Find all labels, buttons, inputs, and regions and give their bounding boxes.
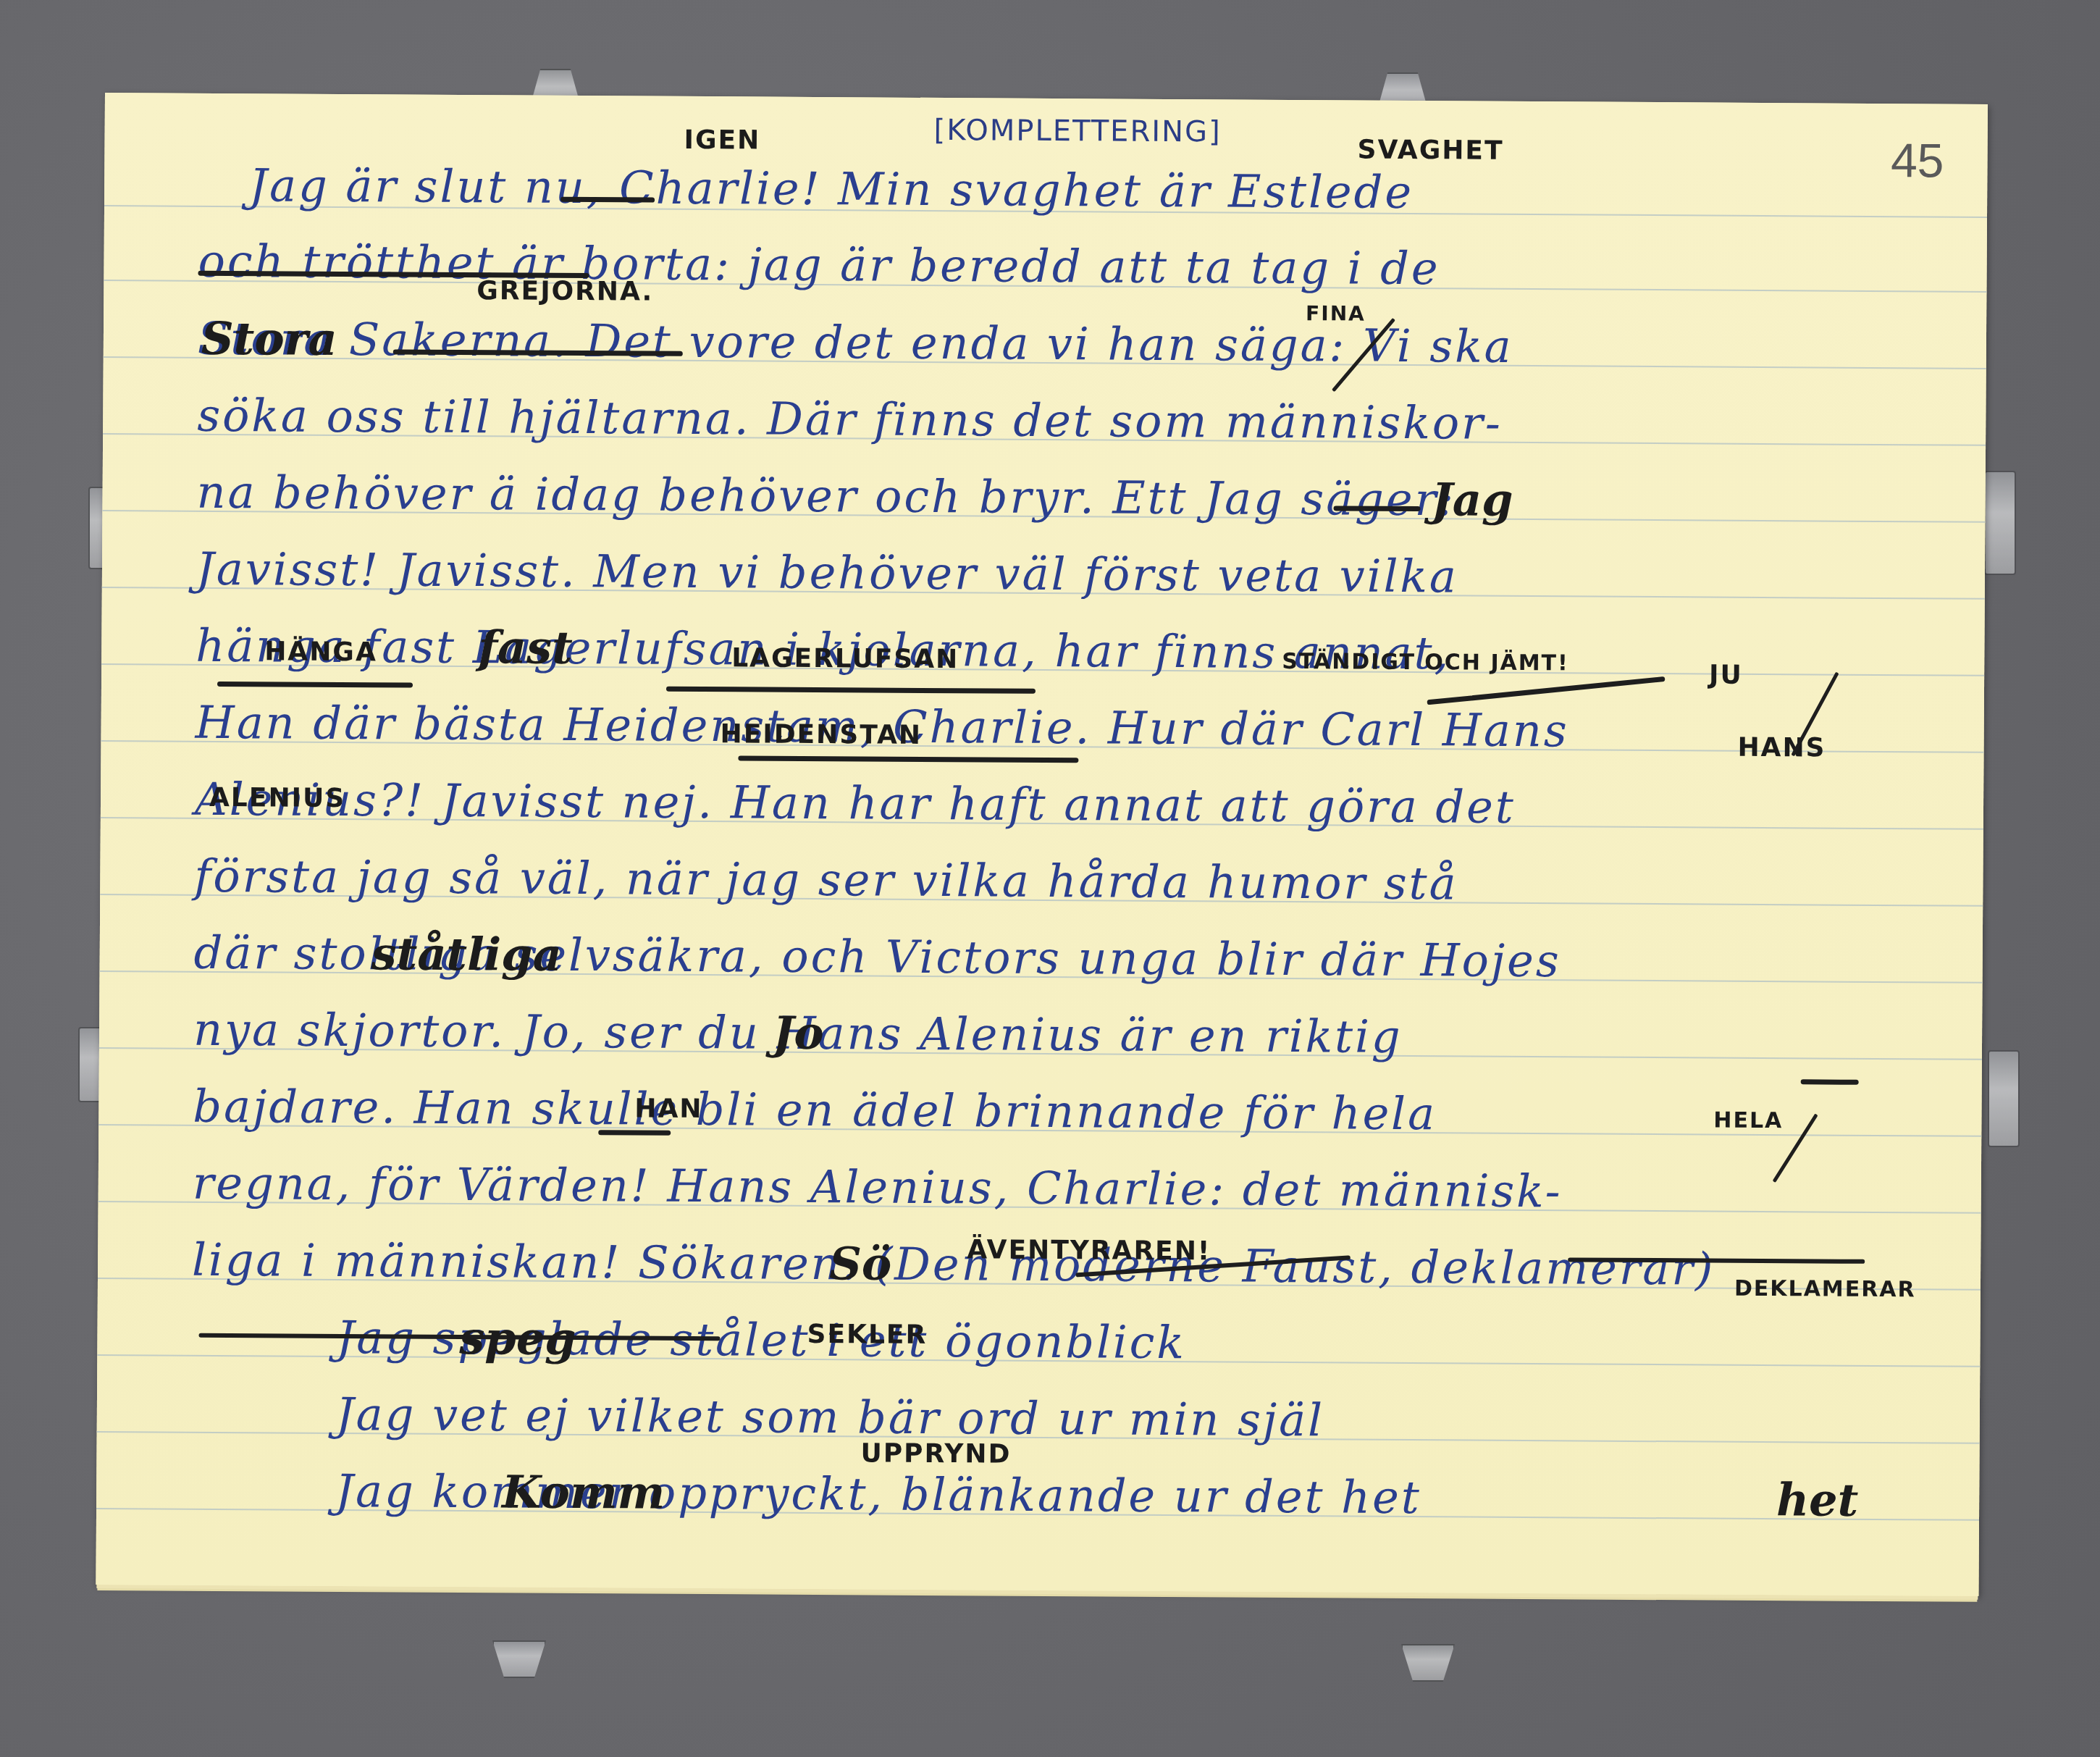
manuscript-page: 45 [KOMPLETTERING] Jag är slut nu, Charl…	[96, 93, 1988, 1596]
insertion-deklamerar: DEKLAMERAR	[1734, 1276, 1916, 1303]
insertion-heidenstan: HEIDENSTAN	[720, 719, 922, 750]
overwrite-fast: fast	[478, 621, 573, 674]
strikethrough	[560, 197, 655, 203]
insertion-igen: IGEN	[684, 125, 760, 156]
manuscript-line-10: första jag så väl, när jag ser vilka hår…	[194, 850, 1458, 910]
overwrite-stora: Stora	[201, 312, 337, 366]
overwrite-jag: Jag	[1431, 473, 1513, 527]
insertion-hans: HANS	[1737, 733, 1826, 763]
overwrite-jo: Jo	[773, 1007, 824, 1060]
strikethrough	[598, 1130, 671, 1136]
manuscript-line-5: na behöver ä idag behöver och bryr. Ett …	[196, 466, 1456, 527]
insertion-alenius: ALENIUS	[209, 783, 345, 813]
overwrite-statliga: ståtliga	[371, 927, 562, 981]
manuscript-line-18: Jag kommer oppryckt, blänkande ur det he…	[335, 1464, 1421, 1524]
strikethrough	[738, 755, 1078, 763]
overwrite-speglade: speg	[459, 1312, 576, 1365]
manuscript-line-13: bajdare. Han skulle bli en ädel brinnand…	[193, 1080, 1437, 1140]
strikethrough	[666, 687, 1036, 694]
binder-clip-bottom-left	[492, 1640, 546, 1678]
insertion-han: HAN	[634, 1094, 702, 1124]
manuscript-line-2: och trötthet är borta: jag är beredd att…	[198, 235, 1440, 295]
insertion-ju: JU	[1709, 661, 1743, 690]
strikethrough	[217, 682, 413, 688]
insertion-svaghet: SVAGHET	[1357, 135, 1503, 166]
binder-clip-right-upper	[1984, 471, 2016, 575]
manuscript-line-6: Javisst! Javisst. Men vi behöver väl för…	[196, 542, 1458, 603]
insertion-hanga: HÄNGA	[264, 637, 377, 667]
manuscript-line-17: Jag vet ej vilket som bär ord ur min sjä…	[336, 1388, 1325, 1446]
manuscript-line-9: Alenius?! Javisst nej. Han har haft anna…	[195, 773, 1516, 834]
insertion-sekler: SEKLER	[807, 1320, 927, 1350]
insertion-hela: HELA	[1713, 1108, 1783, 1134]
manuscript-line-1: Jag är slut nu, Charlie! Min svaghet är …	[249, 159, 1414, 219]
insertion-grejorna: GREJORNA.	[476, 276, 653, 306]
insertion-standigt-och-jamt: STÄNDIGT OCH JÄMT!	[1282, 649, 1569, 676]
manuscript-line-14: regna, för Värden! Hans Alenius, Charlie…	[193, 1157, 1563, 1218]
insertion-aventyraren: ÄVENTYRAREN!	[967, 1235, 1211, 1266]
page-number: 45	[1891, 133, 1944, 188]
strikethrough	[1801, 1079, 1859, 1084]
binder-clip-bottom-right	[1401, 1644, 1455, 1682]
insertion-upprynd: UPPRYND	[860, 1438, 1011, 1469]
insertion-lagerlufsan: LAGERLUFSAN	[731, 643, 959, 674]
section-heading: [KOMPLETTERING]	[934, 114, 1222, 148]
insertion-fina: FINA	[1306, 301, 1366, 326]
strikethrough	[1334, 506, 1421, 511]
overwrite-sokaren: Sö	[829, 1237, 892, 1291]
overwrite-het: het	[1776, 1473, 1859, 1527]
strikethrough	[1427, 676, 1665, 705]
overwrite-kommer: Komm	[502, 1465, 665, 1519]
manuscript-line-15: liga i människan! Sökaren. (Den moderne …	[192, 1233, 1715, 1296]
binder-clip-right-lower	[1988, 1050, 2020, 1147]
manuscript-line-4: söka oss till hjältarna. Där finns det s…	[197, 389, 1503, 450]
